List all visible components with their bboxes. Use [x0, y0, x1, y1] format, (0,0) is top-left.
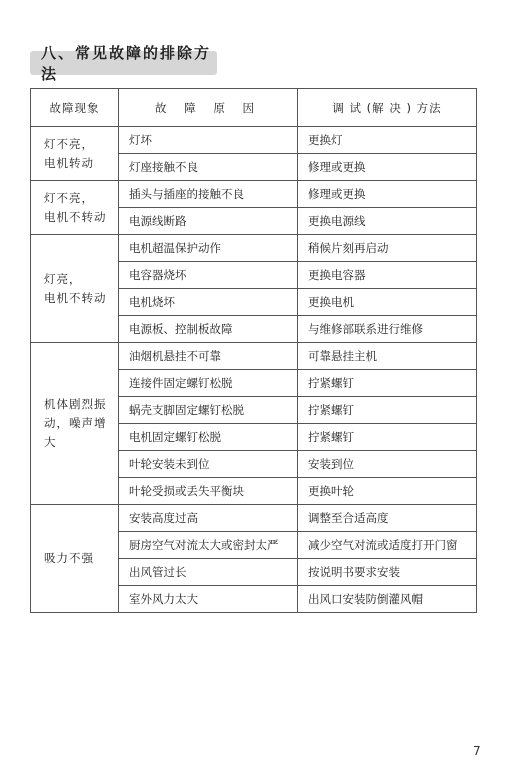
solution-cell: 减少空气对流或适度打开门窗 [298, 532, 477, 559]
cause-cell: 出风管过长 [119, 559, 298, 586]
table-row: 机体剧烈振动，噪声增大 油烟机悬挂不可靠 可靠悬挂主机 [31, 343, 477, 370]
cause-cell: 灯坏 [119, 127, 298, 154]
cause-cell: 插头与插座的接触不良 [119, 181, 298, 208]
solution-cell: 更换灯 [298, 127, 477, 154]
cause-cell: 叶轮受损或丢失平衡块 [119, 478, 298, 505]
cause-cell: 室外风力太大 [119, 586, 298, 613]
header-symptom: 故障现象 [31, 89, 119, 127]
cause-cell: 灯座接触不良 [119, 154, 298, 181]
solution-cell: 按说明书要求安装 [298, 559, 477, 586]
header-cause: 故 障 原 因 [119, 89, 298, 127]
solution-cell: 修理或更换 [298, 181, 477, 208]
solution-cell: 更换叶轮 [298, 478, 477, 505]
solution-cell: 与维修部联系进行维修 [298, 316, 477, 343]
table-row: 灯不亮， 电机转动 灯坏 更换灯 [31, 127, 477, 154]
cause-cell: 电机固定螺钉松脱 [119, 424, 298, 451]
cause-cell: 电机烧坏 [119, 289, 298, 316]
solution-cell: 稍候片刻再启动 [298, 235, 477, 262]
symptom-cell: 机体剧烈振动，噪声增大 [31, 343, 119, 505]
section-title: 八、常见故障的排除方法 [30, 51, 217, 75]
troubleshooting-table: 故障现象 故 障 原 因 调 试 (解 决 ) 方法 灯不亮， 电机转动 灯坏 … [30, 88, 477, 613]
cause-cell: 电机超温保护动作 [119, 235, 298, 262]
cause-cell: 厨房空气对流太大或密封太严 [119, 532, 298, 559]
table-header-row: 故障现象 故 障 原 因 调 试 (解 决 ) 方法 [31, 89, 477, 127]
cause-cell: 蜗壳支脚固定螺钉松脱 [119, 397, 298, 424]
table-row: 吸力不强 安装高度过高 调整至合适高度 [31, 505, 477, 532]
symptom-cell: 灯亮， 电机不转动 [31, 235, 119, 343]
symptom-cell: 灯不亮， 电机不转动 [31, 181, 119, 235]
symptom-text: 灯不亮， 电机不转动 [44, 191, 107, 224]
solution-cell: 安装到位 [298, 451, 477, 478]
solution-cell: 出风口安装防倒灌风帽 [298, 586, 477, 613]
cause-cell: 安装高度过高 [119, 505, 298, 532]
page-number: 7 [473, 744, 481, 758]
solution-cell: 更换电机 [298, 289, 477, 316]
table-row: 灯不亮， 电机不转动 插头与插座的接触不良 修理或更换 [31, 181, 477, 208]
header-solution: 调 试 (解 决 ) 方法 [298, 89, 477, 127]
symptom-text: 灯不亮， 电机转动 [44, 137, 94, 170]
cause-cell: 连接件固定螺钉松脱 [119, 370, 298, 397]
symptom-cell: 灯不亮， 电机转动 [31, 127, 119, 181]
solution-cell: 更换电源线 [298, 208, 477, 235]
cause-cell: 油烟机悬挂不可靠 [119, 343, 298, 370]
symptom-text: 吸力不强 [44, 551, 94, 565]
symptom-cell: 吸力不强 [31, 505, 119, 613]
solution-cell: 可靠悬挂主机 [298, 343, 477, 370]
solution-cell: 拧紧螺钉 [298, 370, 477, 397]
solution-cell: 拧紧螺钉 [298, 397, 477, 424]
symptom-text: 机体剧烈振动，噪声增大 [44, 397, 107, 449]
solution-cell: 修理或更换 [298, 154, 477, 181]
cause-cell: 电源板、控制板故障 [119, 316, 298, 343]
solution-cell: 拧紧螺钉 [298, 424, 477, 451]
cause-cell: 电源线断路 [119, 208, 298, 235]
table-row: 灯亮， 电机不转动 电机超温保护动作 稍候片刻再启动 [31, 235, 477, 262]
cause-cell: 叶轮安装未到位 [119, 451, 298, 478]
cause-cell: 电容器烧坏 [119, 262, 298, 289]
solution-cell: 更换电容器 [298, 262, 477, 289]
symptom-text: 灯亮， 电机不转动 [44, 272, 107, 305]
solution-cell: 调整至合适高度 [298, 505, 477, 532]
